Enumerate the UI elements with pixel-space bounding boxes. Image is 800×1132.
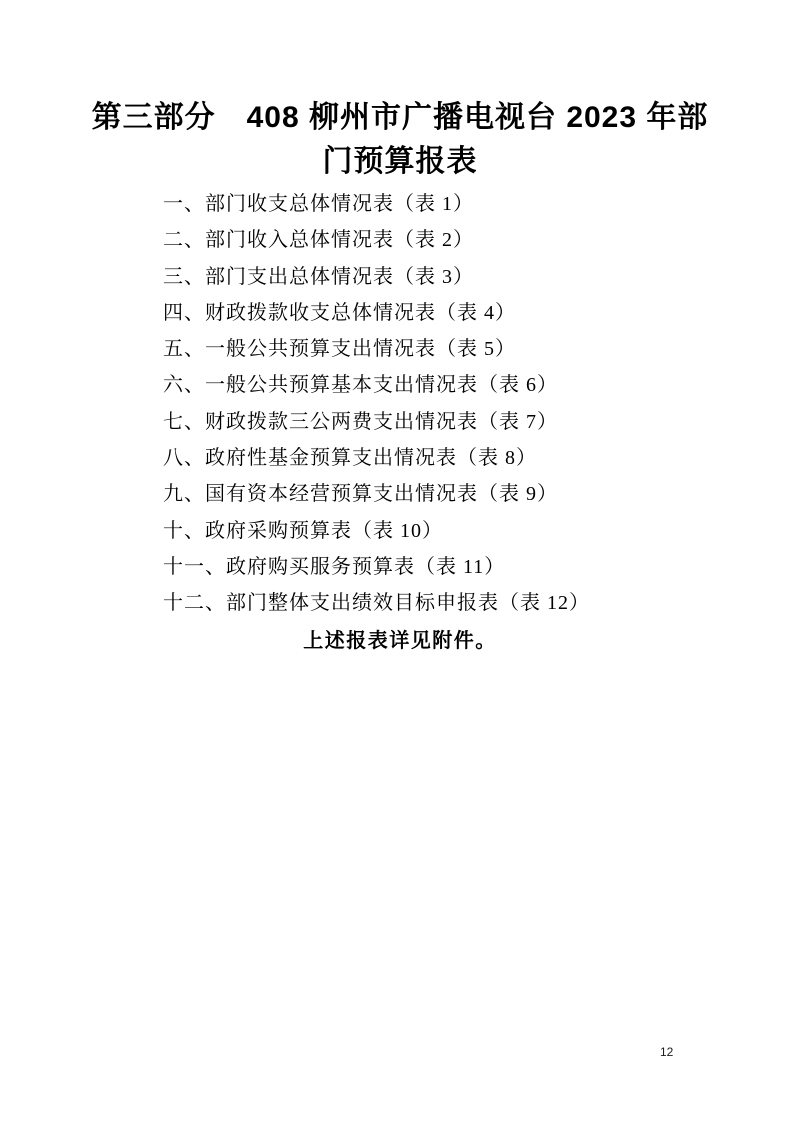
page-number: 12 [660,1045,673,1059]
toc-item-4: 四、财政拨款收支总体情况表（表 4） [163,295,800,331]
toc-item-8: 八、政府性基金预算支出情况表（表 8） [163,440,800,476]
toc-item-9: 九、国有资本经营预算支出情况表（表 9） [163,476,800,512]
title-line-1: 第三部分 408 柳州市广播电视台 2023 年部 [0,96,800,140]
toc-item-2: 二、部门收入总体情况表（表 2） [163,222,800,258]
toc-item-5: 五、一般公共预算支出情况表（表 5） [163,331,800,367]
toc-item-12: 十二、部门整体支出绩效目标申报表（表 12） [163,585,800,621]
toc-item-1: 一、部门收支总体情况表（表 1） [163,186,800,222]
toc-item-3: 三、部门支出总体情况表（表 3） [163,259,800,295]
toc-list: 一、部门收支总体情况表（表 1） 二、部门收入总体情况表（表 2） 三、部门支出… [0,186,800,622]
closing-note: 上述报表详见附件。 [0,623,800,659]
title-line-2: 门预算报表 [0,140,800,184]
document-page: 第三部分 408 柳州市广播电视台 2023 年部 门预算报表 一、部门收支总体… [0,0,800,1132]
toc-item-6: 六、一般公共预算基本支出情况表（表 6） [163,367,800,403]
toc-item-10: 十、政府采购预算表（表 10） [163,513,800,549]
toc-item-7: 七、财政拨款三公两费支出情况表（表 7） [163,404,800,440]
document-title: 第三部分 408 柳州市广播电视台 2023 年部 门预算报表 [0,0,800,184]
toc-item-11: 十一、政府购买服务预算表（表 11） [163,549,800,585]
